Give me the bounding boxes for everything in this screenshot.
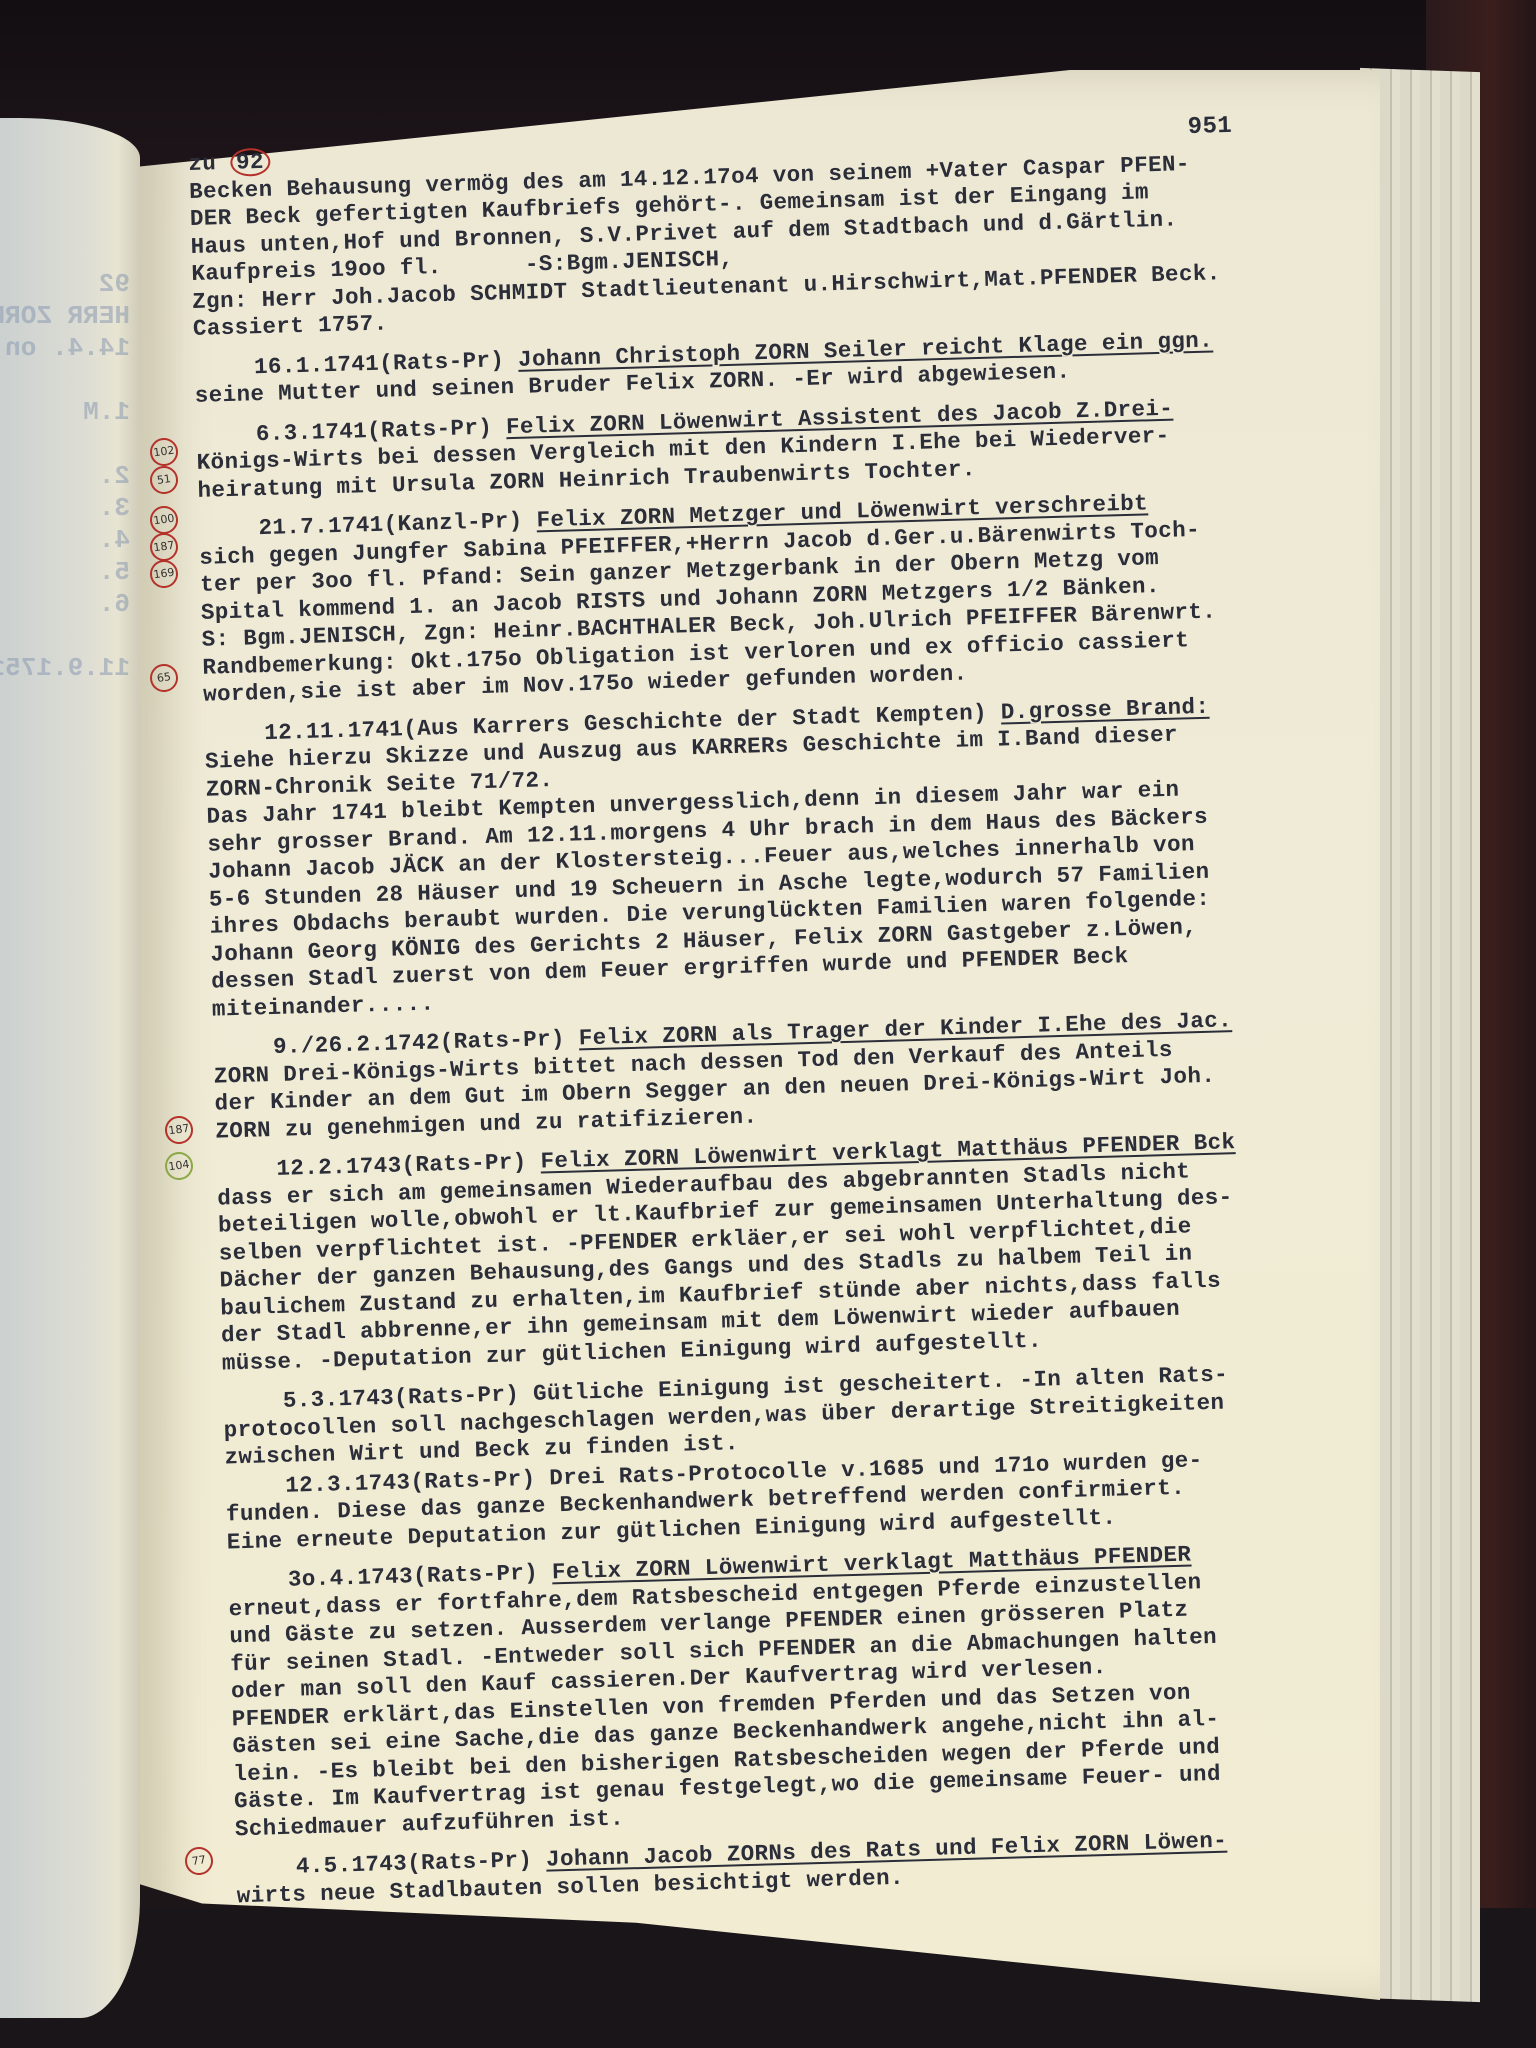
page-number: 951 — [1187, 113, 1232, 142]
entry-30-4-1743: 3o.4.1743(Rats-Pr) Felix ZORN Löwenwirt … — [228, 1535, 1425, 1843]
previous-page: 92 HERR ZORN.Joh 14.4. on 1.M 2. 3. 4. 5… — [0, 118, 140, 2018]
entry-1704: zu 92 Becken Behausung vermög des am 14.… — [188, 117, 1383, 344]
typewritten-text: 951 zu 92 Becken Behausung vermög des am… — [188, 117, 1427, 1923]
entry-date: 5.3.1743(Rats-Pr) — [283, 1381, 520, 1414]
entry-12-11-1741: 12.11.1741(Aus Karrers Geschichte der St… — [204, 688, 1402, 1024]
photo-scene: 92 HERR ZORN.Joh 14.4. on 1.M 2. 3. 4. 5… — [0, 0, 1536, 2048]
circled-ref-number: 92 — [230, 148, 271, 177]
entry-12-2-1743: 12.2.1743(Rats-Pr) Felix ZORN Löwenwirt … — [216, 1124, 1412, 1377]
bleed-through-text: 92 HERR ZORN.Joh 14.4. on 1.M 2. 3. 4. 5… — [0, 268, 130, 684]
entry-6-3-1741: 6.3.1741(Rats-Pr) Felix ZORN Löwenwirt A… — [196, 389, 1388, 505]
entry-text: D.grosse Brand: — [1000, 693, 1209, 725]
entry-date: 4.5.1743(Rats-Pr) — [296, 1847, 533, 1880]
entry-21-7-1741: 21.7.1741(Kanzl-Pr) Felix ZORN Metzger u… — [198, 484, 1393, 710]
entry-9-26-2-1742: 9./26.2.1742(Rats-Pr) Felix ZORN als Tra… — [213, 1002, 1406, 1145]
